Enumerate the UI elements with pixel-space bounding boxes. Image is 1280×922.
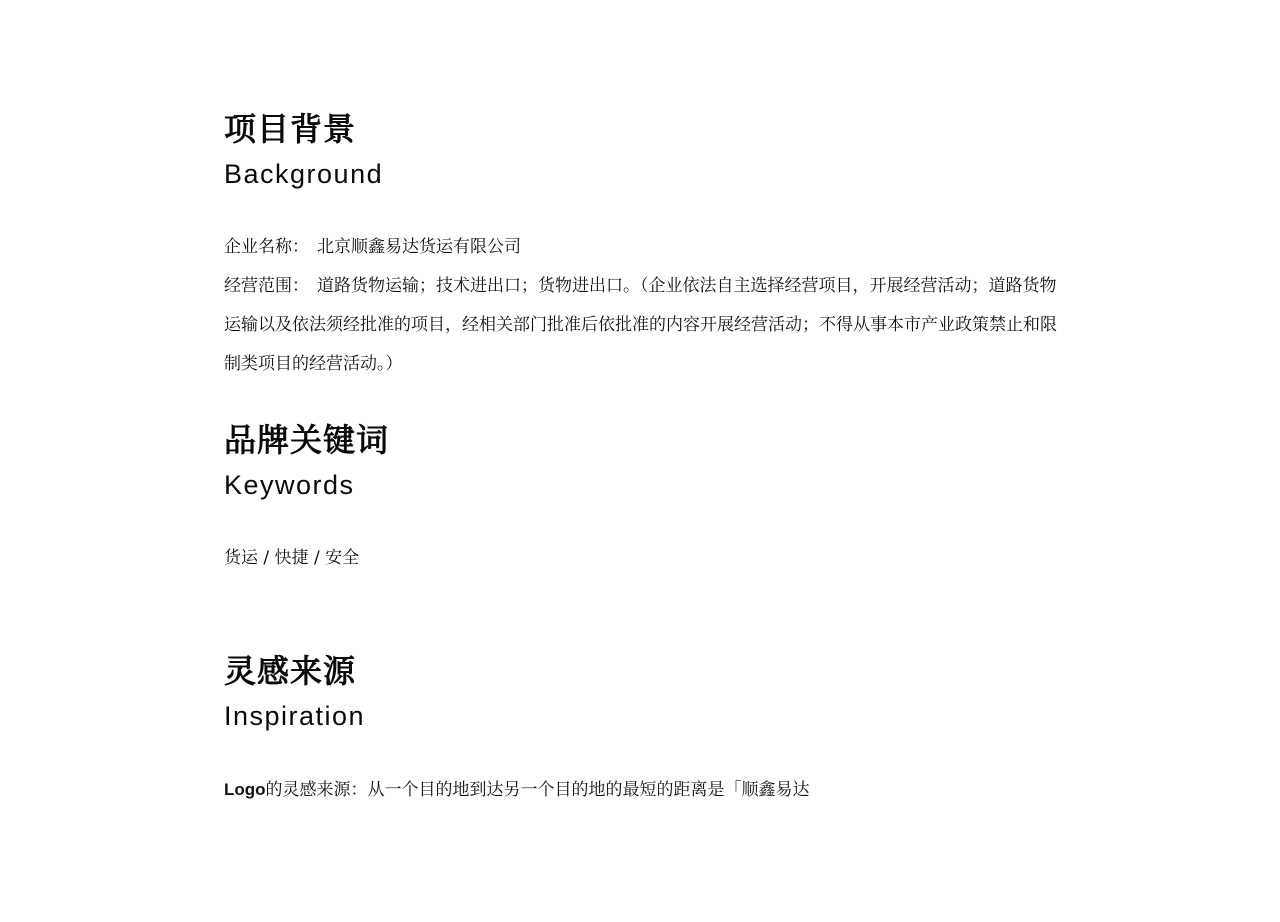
inspiration-text: Logo的灵感来源：从一个目的地到达另一个目的地的最短的距离是「顺鑫易达 — [224, 770, 1064, 810]
background-title-en: Background — [224, 157, 1064, 191]
business-scope-label: 经营范围： — [224, 276, 309, 296]
section-background: 项目背景 Background 企业名称：北京顺鑫易达货运有限公司 经营范围：道… — [224, 109, 1064, 384]
section-inspiration: 灵感来源 Inspiration Logo的灵感来源：从一个目的地到达另一个目的… — [224, 651, 1064, 810]
company-name-line: 企业名称：北京顺鑫易达货运有限公司 — [224, 228, 1064, 267]
keywords-title-en: Keywords — [224, 468, 1064, 502]
section-keywords: 品牌关键词 Keywords 货运 / 快捷 / 安全 — [224, 420, 1064, 578]
inspiration-title-cn: 灵感来源 — [224, 651, 1064, 691]
company-name-value: 北京顺鑫易达货运有限公司 — [317, 237, 521, 257]
keywords-value: 货运 / 快捷 / 安全 — [224, 539, 1064, 578]
inspiration-title-en: Inspiration — [224, 699, 1064, 733]
background-title-cn: 项目背景 — [224, 109, 1064, 149]
business-scope-value: 道路货物运输；技术进出口；货物进出口。（企业依法自主选择经营项目，开展经营活动；… — [224, 276, 1057, 374]
inspiration-text-body: 的灵感来源：从一个目的地到达另一个目的地的最短的距离是「顺鑫易达 — [266, 780, 810, 800]
keywords-title-cn: 品牌关键词 — [224, 420, 1064, 460]
company-name-label: 企业名称： — [224, 237, 309, 257]
business-scope-line: 经营范围：道路货物运输；技术进出口；货物进出口。（企业依法自主选择经营项目，开展… — [224, 267, 1064, 384]
inspiration-text-logo-word: Logo — [224, 780, 266, 799]
